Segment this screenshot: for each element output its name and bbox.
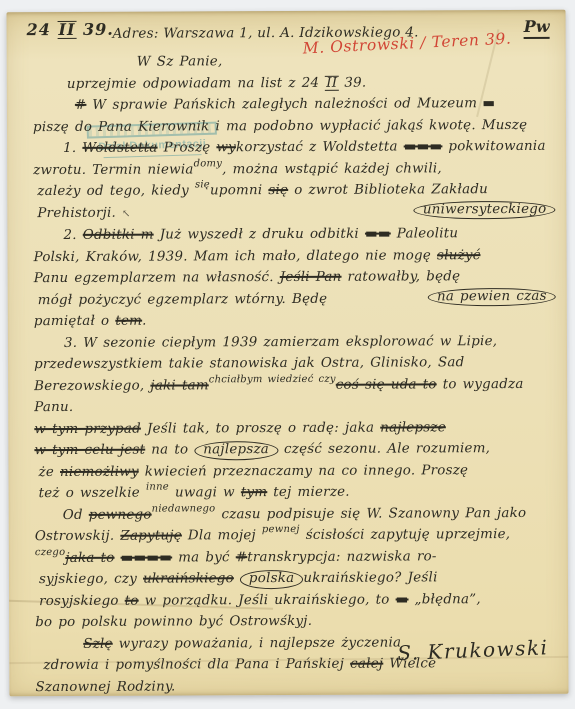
letter-line: rosyjskiego to w porządku. Jeśli ukraińs… <box>39 588 553 612</box>
struck-word: jaki tam <box>150 378 208 393</box>
circled-word: uniwersyteckiego <box>414 200 556 219</box>
letter-line: 2. Odbitki m Już wyszedł z druku odbitki… <box>63 223 551 247</box>
text-segment: ▬ <box>477 95 494 111</box>
letter-line: piszę do Pana Kierownik i ma podobno wyp… <box>33 114 551 138</box>
text-segment: upomni <box>210 183 268 198</box>
struck-word: tym <box>241 485 267 500</box>
letter-line: bo po polsku powinno być Ostrowśkyj. <box>35 610 553 634</box>
date-year: 39. <box>76 20 113 39</box>
text-segment: W Sz Panie, <box>137 54 223 69</box>
circled-word: polska <box>240 570 303 589</box>
text-segment: uprzejmie odpowiadam na list z 24 <box>67 75 326 91</box>
struck-word: w tym celu jest <box>34 443 145 458</box>
text-segment: ma być <box>172 550 236 565</box>
text-segment: 3. W sezonie ciepłym 1939 zamierzam eksp… <box>64 334 497 351</box>
text-segment: że <box>38 464 60 479</box>
text-segment: uwagi w <box>169 485 241 500</box>
letter-line: przedewszystkiem takie stanowiska jak Os… <box>34 352 552 376</box>
letter-line: czegojaka to ▬▬▬▬ ma być #transkrypcja: … <box>35 545 553 569</box>
text-segment: wyrazy poważania, i najlepsze życzenia <box>113 635 402 651</box>
struck-word: coś się uda to <box>336 377 437 392</box>
letter-line: Ostrowskij. Zapytuję Dla mojej pewnej śc… <box>35 524 553 548</box>
letter-date: 24 II 39. <box>27 20 114 39</box>
struck-word: ▬▬ <box>365 227 391 242</box>
text-segment: 2. <box>63 228 82 243</box>
struck-word: ▬▬▬▬ <box>121 550 173 565</box>
text-segment: Szanownej Rodziny. <box>35 679 175 695</box>
text-segment: część sezonu. Ale rozumiem, <box>278 441 490 457</box>
circled-word: na pewien czas <box>428 287 556 306</box>
text-segment: ↖ <box>122 208 131 219</box>
text-segment: o zwrot Biblioteka Zakładu <box>288 182 488 198</box>
letter-line: 3. W sezonie ciepłym 1939 zamierzam eksp… <box>64 330 552 354</box>
struck-word: ukraińskiego <box>143 571 234 586</box>
letter-line: # W sprawie Pańskich zaległych należnośc… <box>75 93 551 117</box>
text-segment: Od <box>63 507 89 522</box>
text-segment: 1. <box>63 141 82 156</box>
text-segment: Prehistorji. <box>37 205 122 220</box>
text-segment: 39. <box>338 75 366 90</box>
text-segment: II <box>325 75 338 90</box>
date-day: 24 <box>27 20 58 39</box>
struck-word: się <box>268 183 288 198</box>
struck-word: wy <box>216 140 236 155</box>
text-segment: . <box>142 314 147 329</box>
inserted-word: inne <box>146 482 169 493</box>
letter-line: w tym celu jest na to najlepsza część se… <box>34 438 552 462</box>
letter-line: że niemożliwy kwiecień przeznaczamy na c… <box>38 459 552 483</box>
struck-word: to <box>125 593 139 608</box>
inserted-word: pewnej <box>262 524 300 535</box>
letter-line: 1. Woldstetta Proszę wykorzystać z Wolds… <box>63 136 551 160</box>
text-segment: „błędna”, <box>408 592 480 607</box>
struck-word: w tym przypad <box>34 421 141 436</box>
text-segment: W sprawie Pańskich zaległych należności … <box>86 96 477 113</box>
text-segment: piszę do Pana Kierownik i ma podobno wyp… <box>33 117 527 134</box>
text-segment: ukraińskiego? Jeśli <box>303 570 437 586</box>
struck-word: Odbitki m <box>83 228 154 243</box>
text-segment: Dla mojej <box>182 528 262 543</box>
inserted-word: chciałbym wiedzieć czy <box>209 373 336 385</box>
text-segment: transkrypcja: nazwiska ro- <box>247 549 437 565</box>
text-segment: korzystać z Woldstetta <box>236 139 404 155</box>
text-segment: tej mierze. <box>267 485 350 500</box>
letter-line: uprzejmie odpowiadam na list z 24 II 39. <box>67 71 551 95</box>
text-segment: rosyjskiego <box>39 593 125 608</box>
inserted-word: domy <box>194 158 223 169</box>
letter-line: W Sz Panie, <box>137 50 551 73</box>
text-segment: pokwitowania <box>442 139 545 154</box>
letter-line: syjskiego, czy ukraińskiego polskaukraiń… <box>39 567 553 591</box>
date-month-roman: II <box>57 21 76 39</box>
text-segment: Proszę <box>158 140 217 155</box>
text-segment: Panu egzemplarzem na własność. <box>34 270 280 286</box>
text-segment: ścisłości zapytuję uprzejmie, <box>300 527 511 543</box>
struck-word: niemożliwy <box>60 464 139 479</box>
text-segment: Ostrowskij. <box>35 529 121 544</box>
text-segment: przedewszystkiem takie stanowiska jak Os… <box>34 355 464 372</box>
text-segment: na to <box>145 442 194 457</box>
struck-word: jaka to <box>65 550 114 565</box>
text-segment: Już wyszedł z druku odbitki <box>154 227 365 243</box>
text-segment: czasu podpisuje się W. Szanowny Pan jako <box>215 505 526 521</box>
letter-line: też o wszelkie inne uwagi w tym tej mier… <box>39 481 553 505</box>
struck-word: Woldstetta <box>82 141 157 156</box>
letter-line: Szanownej Rodziny. <box>35 674 553 696</box>
struck-word: ▬ <box>396 592 409 607</box>
letter-line: zwrotu. Termin niewiadomy, można wstąpić… <box>33 157 551 181</box>
struck-word: Jeśli Pan <box>280 270 342 285</box>
struck-word: # <box>236 550 248 565</box>
inserted-word: niedawnego <box>152 503 216 514</box>
scanned-letter-page: { "colors": { "bg": "#eef0f2", "paper": … <box>0 0 575 709</box>
letter-line: Panu egzemplarzem na własność. Jeśli Pan… <box>34 266 552 290</box>
letter-line: Polski, Kraków, 1939. Mam ich mało, dlat… <box>34 244 552 268</box>
struck-word: tem <box>115 314 142 329</box>
letter-line: na pewien czasmógł pożyczyć egzemplarz w… <box>38 287 552 311</box>
circled-word: najlepsza <box>194 441 278 460</box>
letter-line: pamiętał o tem. <box>34 309 552 333</box>
struck-word: służyć <box>437 248 481 263</box>
letter-line: Berezowskiego, jaki tamchciałbym wiedzie… <box>34 373 552 418</box>
text-segment: też o wszelkie <box>39 486 146 501</box>
inserted-word: czego <box>35 546 66 557</box>
text-segment: zależy od tego, kiedy <box>37 183 195 199</box>
text-segment: Polski, Kraków, 1939. Mam ich mało, dlat… <box>34 248 437 265</box>
text-segment: zdrowia i pomyślności dla Pana i Pańskie… <box>43 657 350 673</box>
text-segment: Jeśli tak, to proszę o radę: jaka <box>141 420 380 436</box>
text-segment: Paleolitu <box>391 226 459 241</box>
letter-body-text: W Sz Panie,uprzejmie odpowiadam na list … <box>33 50 554 696</box>
letter-line: uniwersyteckiegoPrehistorji. ↖ <box>37 200 551 225</box>
struck-word: najlepsze <box>380 420 446 435</box>
letter-line: Od pewnegoniedawnego czasu podpisuje się… <box>63 502 553 526</box>
corner-initials-mark: Pw <box>524 17 550 39</box>
text-segment: kwiecień przeznaczamy na co innego. Pros… <box>139 463 468 479</box>
struck-word: # <box>75 98 87 113</box>
letter-line: zależy od tego, kiedy sięupomni się o zw… <box>37 179 551 203</box>
text-segment: ratowałby, będę <box>341 269 460 285</box>
text-segment: zwrotu. Termin niewia <box>33 162 193 178</box>
text-segment: mógł pożyczyć egzemplarz wtórny. Będę <box>38 291 328 307</box>
letter-paper-sheet: 24 II 39. Adres: Warszawa 1, ul. A. Idzi… <box>7 10 569 696</box>
letter-line: w tym przypad Jeśli tak, to proszę o rad… <box>34 416 552 440</box>
inserted-word: się <box>195 179 210 190</box>
struck-word: Zapytuję <box>120 528 182 543</box>
text-segment: w porządku. Jeśli ukraińskiego, to <box>139 592 396 608</box>
struck-word: pewnego <box>89 507 152 522</box>
text-segment: Berezowskiego, <box>34 378 150 394</box>
text-segment: , można wstąpić każdej chwili, <box>222 161 442 177</box>
struck-word: Szlę <box>83 636 113 651</box>
text-segment: pamiętał o <box>34 314 116 329</box>
struck-word: całej <box>350 657 383 672</box>
struck-word: ▬▬▬ <box>404 139 443 154</box>
text-segment: bo po polsku powinno być Ostrowśkyj. <box>35 614 312 630</box>
text-segment: syjskiego, czy <box>39 572 143 587</box>
